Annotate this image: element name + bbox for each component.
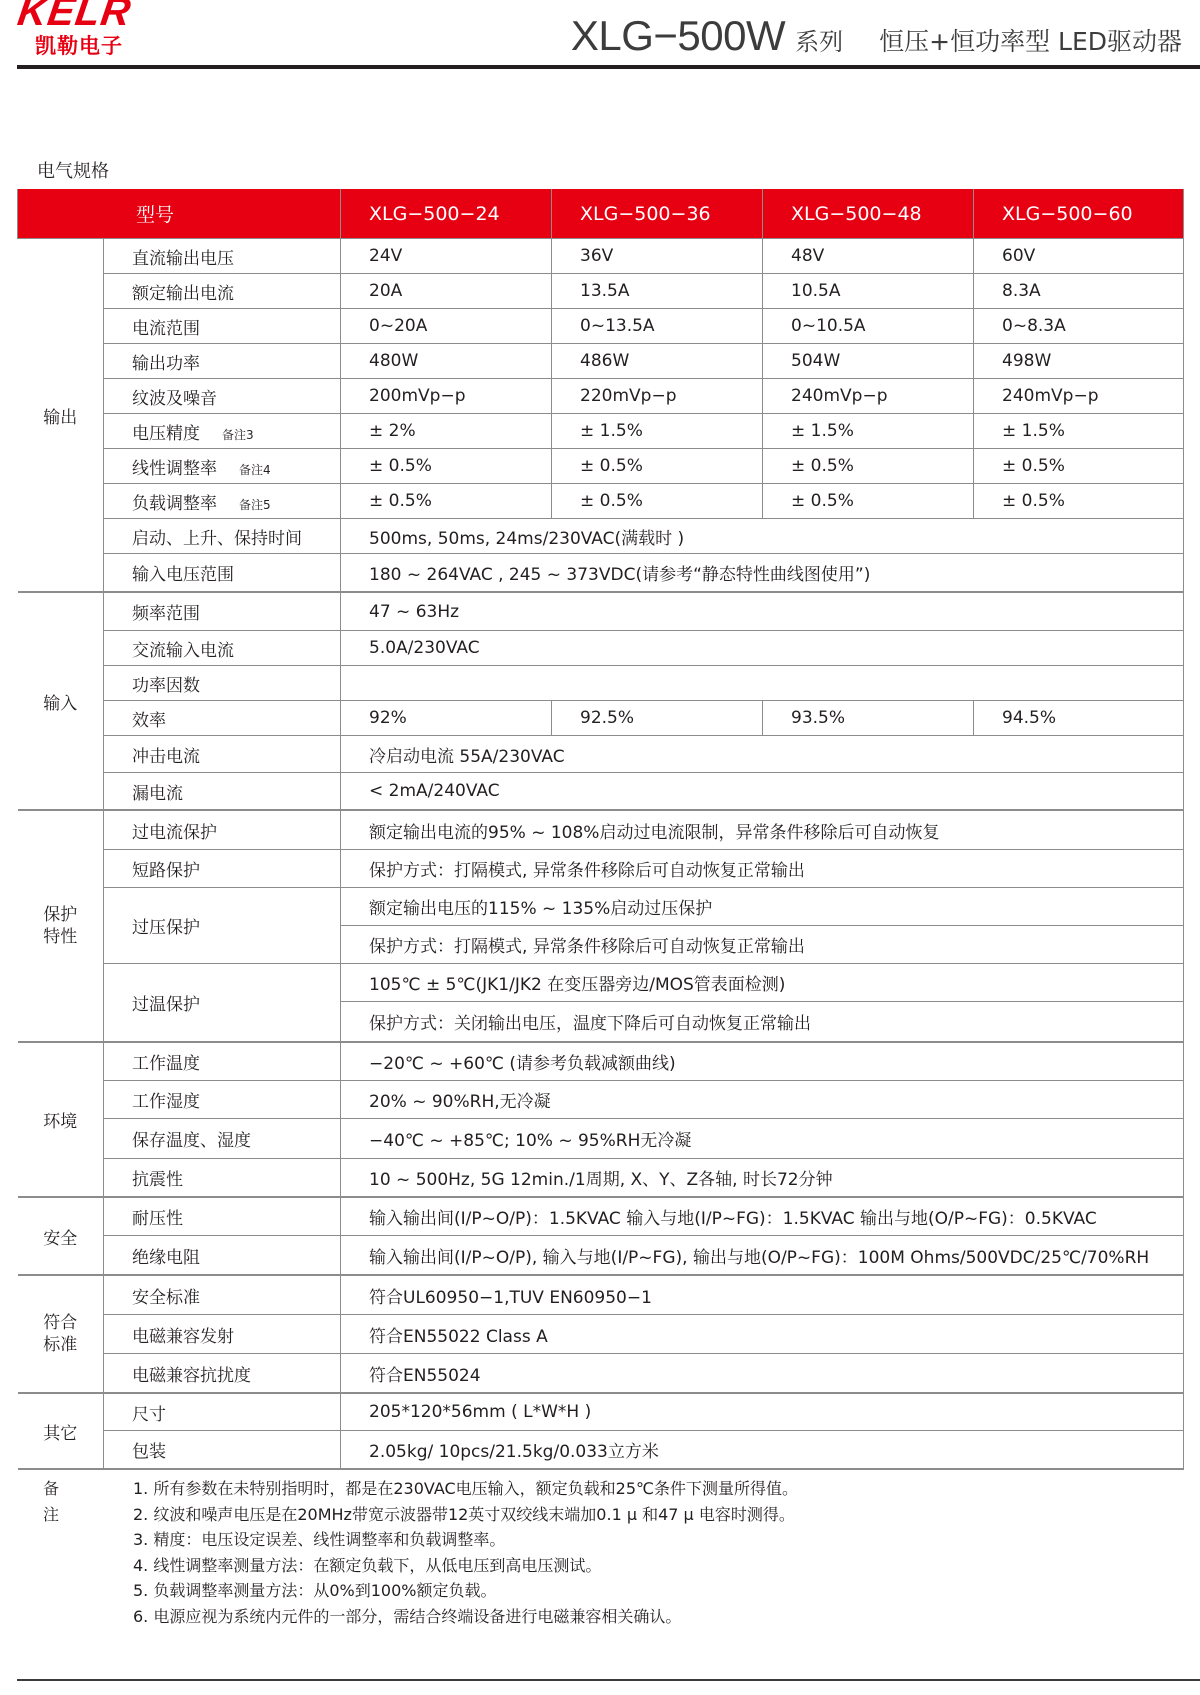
table-row: 短路保护 保护方式：打隔模式, 异常条件移除后可自动恢复正常输出 bbox=[18, 850, 1184, 888]
table-row: 启动、上升、保持时间 500ms, 50ms, 24ms/230VAC(满载时 … bbox=[18, 519, 1184, 554]
group-environment: 环境 bbox=[18, 1042, 104, 1197]
table-row: 符合标准 安全标准 符合UL60950−1,TUV EN60950−1 bbox=[18, 1275, 1184, 1315]
cell-value: 符合EN55024 bbox=[341, 1354, 1184, 1394]
table-row: 包装 2.05kg/ 10pcs/21.5kg/0.033立方米 bbox=[18, 1431, 1184, 1470]
table-row: 输出功率 480W 486W 504W 498W bbox=[18, 344, 1184, 379]
table-row: 额定输出电流 20A 13.5A 10.5A 8.3A bbox=[18, 274, 1184, 309]
cell-value bbox=[341, 666, 1184, 701]
row-label: 输出功率 bbox=[104, 344, 341, 379]
page-title: XLG−500W系列恒压+恒功率型 LED驱动器 bbox=[571, 12, 1182, 60]
cell-value: ± 0.5% bbox=[763, 484, 974, 519]
row-label: 启动、上升、保持时间 bbox=[104, 519, 341, 554]
table-row: 环境 工作温度 −20℃ ~ +60℃ (请参考负载减额曲线) bbox=[18, 1042, 1184, 1081]
cell-value: 48V bbox=[763, 239, 974, 274]
cell-value: 480W bbox=[341, 344, 552, 379]
note-reference: 备注5 bbox=[239, 498, 271, 512]
row-label-text: 线性调整率 bbox=[132, 459, 217, 479]
footer-divider bbox=[17, 1679, 1200, 1681]
table-row: 效率 92% 92.5% 93.5% 94.5% bbox=[18, 701, 1184, 736]
cell-value: ± 1.5% bbox=[552, 414, 763, 449]
cell-value: 输入输出间(I/P~O/P)：1.5KVAC 输入与地(I/P~FG)：1.5K… bbox=[341, 1197, 1184, 1236]
cell-value: 240mVp−p bbox=[974, 379, 1184, 414]
cell-value: ± 0.5% bbox=[552, 484, 763, 519]
cell-value: 92.5% bbox=[552, 701, 763, 736]
cell-value: 保护方式：打隔模式, 异常条件移除后可自动恢复正常输出 bbox=[341, 850, 1184, 888]
cell-value: ± 1.5% bbox=[974, 414, 1184, 449]
notes-list: 1. 所有参数在未特别指明时，都是在230VAC电压输入，额定负载和25℃条件下… bbox=[133, 1476, 798, 1629]
cell-value: 24V bbox=[341, 239, 552, 274]
group-label-line: 保护 bbox=[43, 905, 77, 925]
cell-value: ± 2% bbox=[341, 414, 552, 449]
cell-value: 20A bbox=[341, 274, 552, 309]
table-row: 电流范围 0~20A 0~13.5A 0~10.5A 0~8.3A bbox=[18, 309, 1184, 344]
cell-value: 8.3A bbox=[974, 274, 1184, 309]
row-label: 冲击电流 bbox=[104, 736, 341, 773]
cell-value: 20% ~ 90%RH,无冷凝 bbox=[341, 1081, 1184, 1119]
table-row: 保存温度、湿度 −40℃ ~ +85℃; 10% ~ 95%RH无冷凝 bbox=[18, 1119, 1184, 1159]
table-row: 输出 直流输出电压 24V 36V 48V 60V bbox=[18, 239, 1184, 274]
header-model-4: XLG−500−60 bbox=[974, 189, 1184, 239]
cell-value: 保护方式：关闭输出电压，温度下降后可自动恢复正常输出 bbox=[341, 1002, 1184, 1043]
note-item: 5. 负载调整率测量方法：从0%到100%额定负载。 bbox=[133, 1578, 798, 1604]
cell-value: 220mVp−p bbox=[552, 379, 763, 414]
title-series: 系列 bbox=[795, 28, 843, 56]
cell-value: 2.05kg/ 10pcs/21.5kg/0.033立方米 bbox=[341, 1431, 1184, 1470]
cell-value: 180 ~ 264VAC , 245 ~ 373VDC(请参考“静态特性曲线图使… bbox=[341, 554, 1184, 593]
table-header-row: 型号 XLG−500−24 XLG−500−36 XLG−500−48 XLG−… bbox=[18, 189, 1184, 239]
table-row: 漏电流 < 2mA/240VAC bbox=[18, 773, 1184, 811]
table-row: 电压精度备注3 ± 2% ± 1.5% ± 1.5% ± 1.5% bbox=[18, 414, 1184, 449]
cell-value: 205*120*56mm ( L*W*H ) bbox=[341, 1393, 1184, 1431]
cell-value: 60V bbox=[974, 239, 1184, 274]
cell-value: 0~20A bbox=[341, 309, 552, 344]
notes-label: 备注 bbox=[43, 1476, 59, 1527]
row-label: 漏电流 bbox=[104, 773, 341, 811]
table-row: 冲击电流 冷启动电流 55A/230VAC bbox=[18, 736, 1184, 773]
row-label: 工作湿度 bbox=[104, 1081, 341, 1119]
cell-value: ± 0.5% bbox=[763, 449, 974, 484]
row-label: 安全标准 bbox=[104, 1275, 341, 1315]
section-title: 电气规格 bbox=[37, 157, 109, 183]
row-label: 负载调整率备注5 bbox=[104, 484, 341, 519]
table-row: 输入电压范围 180 ~ 264VAC , 245 ~ 373VDC(请参考“静… bbox=[18, 554, 1184, 593]
row-label: 包装 bbox=[104, 1431, 341, 1470]
logo-chinese-name: 凯勒电子 bbox=[35, 30, 123, 60]
row-label: 功率因数 bbox=[104, 666, 341, 701]
cell-value: 504W bbox=[763, 344, 974, 379]
cell-value: ± 0.5% bbox=[974, 484, 1184, 519]
table-row: 电磁兼容抗扰度 符合EN55024 bbox=[18, 1354, 1184, 1394]
row-label: 抗震性 bbox=[104, 1159, 341, 1198]
table-row: 安全 耐压性 输入输出间(I/P~O/P)：1.5KVAC 输入与地(I/P~F… bbox=[18, 1197, 1184, 1236]
row-label: 纹波及噪音 bbox=[104, 379, 341, 414]
table-row: 绝缘电阻 输入输出间(I/P~O/P), 输入与地(I/P~FG), 输出与地(… bbox=[18, 1236, 1184, 1276]
row-label: 过温保护 bbox=[104, 964, 341, 1043]
cell-value: ± 0.5% bbox=[974, 449, 1184, 484]
title-model: XLG−500W bbox=[571, 12, 785, 59]
row-label: 交流输入电流 bbox=[104, 631, 341, 666]
cell-value: 0~8.3A bbox=[974, 309, 1184, 344]
cell-value: 5.0A/230VAC bbox=[341, 631, 1184, 666]
cell-value: ± 0.5% bbox=[341, 449, 552, 484]
cell-value: 额定输出电流的95% ~ 108%启动过电流限制，异常条件移除后可自动恢复 bbox=[341, 810, 1184, 850]
table-row: 功率因数 bbox=[18, 666, 1184, 701]
table-row: 输入 频率范围 47 ~ 63Hz bbox=[18, 592, 1184, 631]
group-compliance: 符合标准 bbox=[18, 1275, 104, 1393]
cell-value: < 2mA/240VAC bbox=[341, 773, 1184, 811]
header-model-3: XLG−500−48 bbox=[763, 189, 974, 239]
cell-value: 93.5% bbox=[763, 701, 974, 736]
note-item: 2. 纹波和噪声电压是在20MHz带宽示波器带12英寸双绞线末端加0.1 μ 和… bbox=[133, 1502, 798, 1528]
cell-value: 10 ~ 500Hz, 5G 12min./1周期, X、Y、Z各轴, 时长72… bbox=[341, 1159, 1184, 1198]
table-row: 工作湿度 20% ~ 90%RH,无冷凝 bbox=[18, 1081, 1184, 1119]
cell-value: 0~13.5A bbox=[552, 309, 763, 344]
row-label: 保存温度、湿度 bbox=[104, 1119, 341, 1159]
row-label: 电流范围 bbox=[104, 309, 341, 344]
header-model-label: 型号 bbox=[18, 189, 341, 239]
row-label: 输入电压范围 bbox=[104, 554, 341, 593]
table-row: 过压保护 额定输出电压的115% ~ 135%启动过压保护 bbox=[18, 888, 1184, 926]
spec-table: 型号 XLG−500−24 XLG−500−36 XLG−500−48 XLG−… bbox=[17, 189, 1184, 1470]
cell-value: 240mVp−p bbox=[763, 379, 974, 414]
row-label: 额定输出电流 bbox=[104, 274, 341, 309]
cell-value: 0~10.5A bbox=[763, 309, 974, 344]
title-description: 恒压+恒功率型 LED驱动器 bbox=[879, 27, 1182, 56]
row-label-text: 电压精度 bbox=[132, 424, 200, 444]
header-model-1: XLG−500−24 bbox=[341, 189, 552, 239]
cell-value: 10.5A bbox=[763, 274, 974, 309]
row-label: 线性调整率备注4 bbox=[104, 449, 341, 484]
table-row: 其它 尺寸 205*120*56mm ( L*W*H ) bbox=[18, 1393, 1184, 1431]
cell-value: ± 0.5% bbox=[552, 449, 763, 484]
table-row: 过温保护 105℃ ± 5℃(JK1/JK2 在变压器旁边/MOS管表面检测) bbox=[18, 964, 1184, 1002]
cell-value: 冷启动电流 55A/230VAC bbox=[341, 736, 1184, 773]
group-label-line: 特性 bbox=[43, 927, 77, 947]
row-label: 过电流保护 bbox=[104, 810, 341, 850]
row-label: 绝缘电阻 bbox=[104, 1236, 341, 1276]
row-label: 效率 bbox=[104, 701, 341, 736]
note-reference: 备注4 bbox=[239, 463, 271, 477]
company-logo: KELR 凯勒电子 bbox=[18, 0, 178, 56]
row-label: 直流输出电压 bbox=[104, 239, 341, 274]
cell-value: 94.5% bbox=[974, 701, 1184, 736]
cell-value: 符合UL60950−1,TUV EN60950−1 bbox=[341, 1275, 1184, 1315]
header-divider bbox=[17, 65, 1200, 69]
cell-value: 36V bbox=[552, 239, 763, 274]
row-label: 电压精度备注3 bbox=[104, 414, 341, 449]
group-label-line: 符合 bbox=[43, 1313, 77, 1333]
cell-value: 额定输出电压的115% ~ 135%启动过压保护 bbox=[341, 888, 1184, 926]
table-row: 负载调整率备注5 ± 0.5% ± 0.5% ± 0.5% ± 0.5% bbox=[18, 484, 1184, 519]
cell-value: 105℃ ± 5℃(JK1/JK2 在变压器旁边/MOS管表面检测) bbox=[341, 964, 1184, 1002]
cell-value: ± 0.5% bbox=[341, 484, 552, 519]
note-item: 4. 线性调整率测量方法：在额定负载下，从低电压到高电压测试。 bbox=[133, 1553, 798, 1579]
table-row: 纹波及噪音 200mVp−p 220mVp−p 240mVp−p 240mVp−… bbox=[18, 379, 1184, 414]
cell-value: 输入输出间(I/P~O/P), 输入与地(I/P~FG), 输出与地(O/P~F… bbox=[341, 1236, 1184, 1276]
note-item: 3. 精度：电压设定误差、线性调整率和负载调整率。 bbox=[133, 1527, 798, 1553]
cell-value: ± 1.5% bbox=[763, 414, 974, 449]
row-label-text: 负载调整率 bbox=[132, 494, 217, 514]
cell-value: −20℃ ~ +60℃ (请参考负载减额曲线) bbox=[341, 1042, 1184, 1081]
row-label: 电磁兼容发射 bbox=[104, 1315, 341, 1354]
row-label: 短路保护 bbox=[104, 850, 341, 888]
table-row: 保护特性 过电流保护 额定输出电流的95% ~ 108%启动过电流限制，异常条件… bbox=[18, 810, 1184, 850]
group-output: 输出 bbox=[18, 239, 104, 593]
cell-value: 13.5A bbox=[552, 274, 763, 309]
cell-value: 92% bbox=[341, 701, 552, 736]
cell-value: 486W bbox=[552, 344, 763, 379]
note-item: 1. 所有参数在未特别指明时，都是在230VAC电压输入，额定负载和25℃条件下… bbox=[133, 1476, 798, 1502]
table-row: 线性调整率备注4 ± 0.5% ± 0.5% ± 0.5% ± 0.5% bbox=[18, 449, 1184, 484]
cell-value: 符合EN55022 Class A bbox=[341, 1315, 1184, 1354]
group-others: 其它 bbox=[18, 1393, 104, 1469]
cell-value: −40℃ ~ +85℃; 10% ~ 95%RH无冷凝 bbox=[341, 1119, 1184, 1159]
cell-value: 47 ~ 63Hz bbox=[341, 592, 1184, 631]
group-safety: 安全 bbox=[18, 1197, 104, 1275]
table-row: 抗震性 10 ~ 500Hz, 5G 12min./1周期, X、Y、Z各轴, … bbox=[18, 1159, 1184, 1198]
row-label: 尺寸 bbox=[104, 1393, 341, 1431]
row-label: 过压保护 bbox=[104, 888, 341, 964]
table-row: 电磁兼容发射 符合EN55022 Class A bbox=[18, 1315, 1184, 1354]
group-label-line: 标准 bbox=[43, 1335, 77, 1355]
row-label: 耐压性 bbox=[104, 1197, 341, 1236]
cell-value: 500ms, 50ms, 24ms/230VAC(满载时 ) bbox=[341, 519, 1184, 554]
group-input: 输入 bbox=[18, 592, 104, 810]
note-reference: 备注3 bbox=[222, 428, 254, 442]
row-label: 频率范围 bbox=[104, 592, 341, 631]
cell-value: 200mVp−p bbox=[341, 379, 552, 414]
cell-value: 保护方式：打隔模式, 异常条件移除后可自动恢复正常输出 bbox=[341, 926, 1184, 964]
group-protection: 保护特性 bbox=[18, 810, 104, 1042]
row-label: 工作温度 bbox=[104, 1042, 341, 1081]
table-row: 交流输入电流 5.0A/230VAC bbox=[18, 631, 1184, 666]
row-label: 电磁兼容抗扰度 bbox=[104, 1354, 341, 1394]
cell-value: 498W bbox=[974, 344, 1184, 379]
note-item: 6. 电源应视为系统内元件的一部分，需结合终端设备进行电磁兼容相关确认。 bbox=[133, 1604, 798, 1630]
header-model-2: XLG−500−36 bbox=[552, 189, 763, 239]
